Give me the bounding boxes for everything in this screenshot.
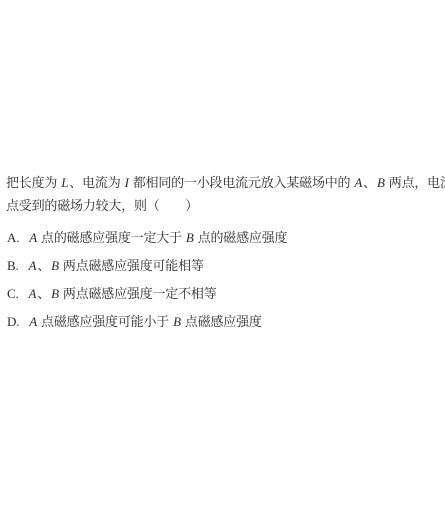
- question-stem: 把长度为 L、电流为 I 都相同的一小段电流元放入某磁场中的 A、B 两点，电流…: [6, 171, 444, 217]
- question-page: 把长度为 L、电流为 I 都相同的一小段电流元放入某磁场中的 A、B 两点，电流…: [0, 0, 445, 507]
- text-run: 两点磁感应强度可能相等: [60, 258, 204, 273]
- variable-symbol: A: [353, 175, 363, 190]
- text-run: 、: [37, 286, 50, 301]
- text-run: 点磁感应强度: [182, 314, 262, 329]
- variable-symbol: A: [28, 286, 38, 301]
- variable-symbol: A: [28, 258, 38, 273]
- variable-symbol: B: [172, 314, 182, 329]
- options-list: A.A 点的磁感应强度一定大于 B 点的磁感应强度B.A、B 两点磁感应强度可能…: [7, 224, 443, 336]
- stem-line-1: 把长度为 L、电流为 I 都相同的一小段电流元放入某磁场中的 A、B 两点，电流…: [6, 171, 444, 194]
- variable-symbol: A: [28, 314, 38, 329]
- option-label-b: B.: [7, 252, 19, 280]
- variable-symbol: B: [376, 175, 386, 190]
- text-run: 两点磁感应强度一定不相等: [60, 286, 217, 301]
- option-row-b: B.A、B 两点磁感应强度可能相等: [7, 252, 443, 280]
- variable-symbol: B: [50, 258, 60, 273]
- variable-symbol: B: [50, 286, 60, 301]
- text-run: 点的磁感应强度: [195, 230, 288, 245]
- option-label-c: C.: [7, 280, 19, 308]
- text-run: 点磁感应强度可能小于: [38, 314, 172, 329]
- text-run: 两点，电流元在: [386, 175, 445, 190]
- text-run: 都相同的一小段电流元放入某磁场中的: [130, 175, 354, 190]
- option-row-d: D.A 点磁感应强度可能小于 B 点磁感应强度: [7, 308, 443, 336]
- text-run: 、电流为: [69, 175, 123, 190]
- text-run: 、: [37, 258, 50, 273]
- text-run: 把长度为: [6, 175, 60, 190]
- text-run: 、: [363, 175, 376, 190]
- variable-symbol: A: [28, 230, 38, 245]
- variable-symbol: B: [185, 230, 195, 245]
- variable-symbol: L: [60, 175, 69, 190]
- option-label-d: D.: [7, 308, 19, 336]
- option-row-a: A.A 点的磁感应强度一定大于 B 点的磁感应强度: [7, 224, 443, 252]
- text-run: 点受到的磁场力较大，则（ ）: [6, 198, 198, 213]
- option-label-a: A.: [7, 224, 19, 252]
- stem-line-2: 点受到的磁场力较大，则（ ）: [6, 194, 444, 217]
- option-row-c: C.A、B 两点磁感应强度一定不相等: [7, 280, 443, 308]
- text-run: 点的磁感应强度一定大于: [38, 230, 185, 245]
